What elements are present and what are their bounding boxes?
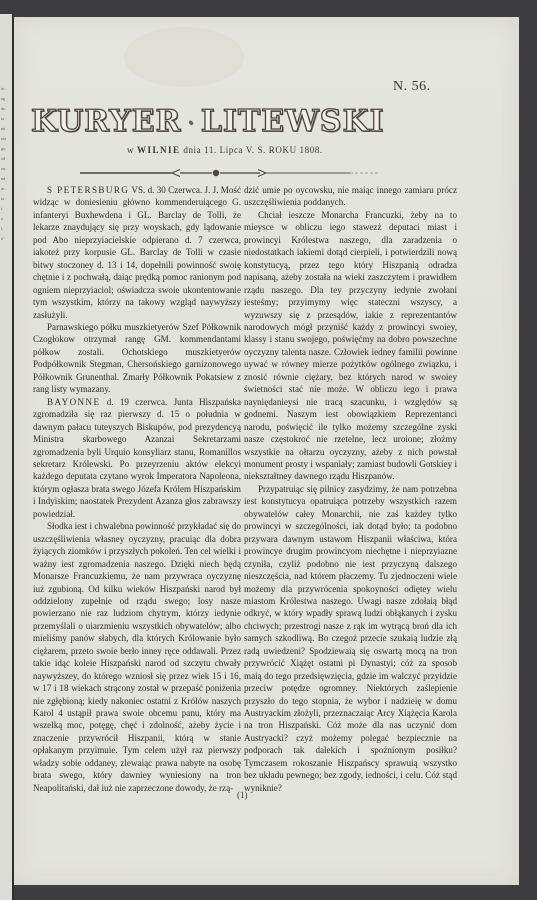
article-text: Parnawskiego półku muszkietyerów Szef Pó…: [33, 322, 241, 394]
article-paragraph: Słodka iest i chwalebna powinność przykł…: [33, 520, 241, 794]
dateline-date: dnia 11. Lipca V. S. ROKU 1808.: [183, 145, 322, 155]
title-kuryer: KURYER: [31, 104, 181, 139]
ornamental-rule: [80, 169, 380, 177]
issue-number: N. 56.: [393, 79, 431, 95]
article-paragraph: Parnawskiego półku muszkietyerów Szef Pó…: [33, 321, 241, 396]
article-text: VS. d. 30 Czerwca. J. J. Mość widząc w d…: [33, 185, 241, 320]
article-paragraph: Chciał ieszcze Monarcha Francuzki, żeby …: [244, 209, 457, 483]
adjacent-page-spine: ie. ng dz. ta mi ota go. od on. nd rn ia…: [0, 14, 14, 900]
article-text: dzić umie po oycowsku, nie maiąc innego …: [244, 185, 457, 207]
article-text: d. 19 czerwca. Junta Hiszpańska zgromadz…: [33, 397, 241, 519]
article-text: Chciał ieszcze Monarcha Francuzki, żeby …: [244, 210, 457, 482]
dateline-city: WILNIE: [137, 145, 181, 155]
article-text: Słodka iest i chwalebna powinność przykł…: [33, 521, 241, 793]
page-number: (1): [237, 790, 248, 800]
left-column: S PETERSBURG VS. d. 30 Czerwca. J. J. Mo…: [33, 184, 241, 794]
newspaper-title: KURYER•LITEWSKI: [31, 104, 441, 139]
paper-stain: [124, 27, 244, 87]
dateline: w WILNIE dnia 11. Lipca V. S. ROKU 1808.: [127, 145, 323, 155]
article-bayonne: BAYONNE d. 19 czerwca. Junta Hiszpańska …: [33, 396, 241, 521]
dateline-place: BAYONNE: [47, 397, 100, 407]
title-litewski: LITEWSKI: [201, 104, 385, 139]
adjacent-page-text: ie. ng dz. ta mi ota go. od on. nd rn ia…: [1, 84, 11, 244]
article-st-petersburg: S PETERSBURG VS. d. 30 Czerwca. J. J. Mo…: [33, 184, 241, 321]
dateline-place: S PETERSBURG: [47, 185, 129, 195]
dateline-prefix: w: [127, 145, 134, 155]
newspaper-page: N. 56. KURYER•LITEWSKI w WILNIE dnia 11.…: [14, 17, 519, 885]
right-column: dzić umie po oycowsku, nie maiąc innego …: [244, 184, 457, 794]
title-separator-dot: •: [187, 118, 194, 129]
article-paragraph: dzić umie po oycowsku, nie maiąc innego …: [244, 184, 457, 209]
article-text: Przypatruiąc się pilnicy zasydzimy, że n…: [244, 484, 457, 793]
article-paragraph: Przypatruiąc się pilnicy zasydzimy, że n…: [244, 483, 457, 794]
